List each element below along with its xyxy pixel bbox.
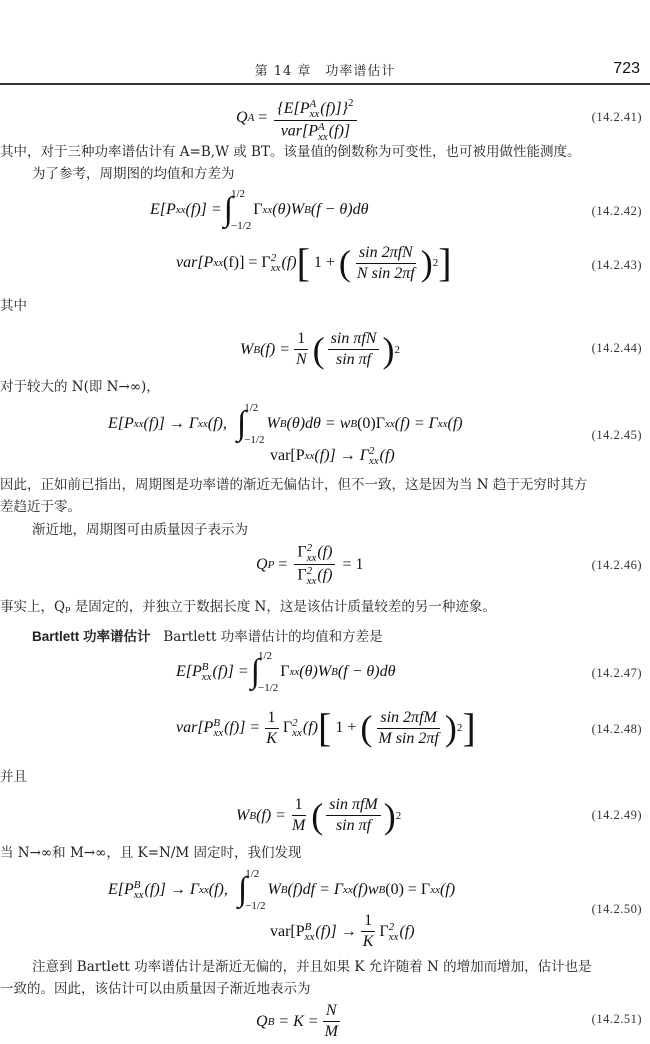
fraction: 1M bbox=[289, 796, 308, 835]
fraction: sin 2πfMM sin 2πf bbox=[375, 709, 441, 748]
equation-number: (14.2.50) bbox=[592, 902, 642, 917]
equation-14-2-47: E[PBxx(f)] = ∫1/2−1/2 Γxx(θ)WB(f − θ)dθ bbox=[176, 650, 395, 694]
paragraph: 因此，正如前已指出，周期图是功率谱的渐近无偏估计，但不一致，这是因为当 N 趋于… bbox=[0, 474, 648, 496]
paragraph: 差趋近于零。 bbox=[0, 496, 648, 518]
equation-number: (14.2.46) bbox=[592, 558, 642, 573]
fraction: {E[PAxx(f)]}2 var[PAxx(f)] bbox=[274, 94, 356, 142]
section-heading-bartlett: Bartlett 功率谱估计 bbox=[32, 629, 151, 644]
paragraph: 注意到 Bartlett 功率谱估计是渐近无偏的，并且如果 K 允许随着 N 的… bbox=[0, 956, 648, 978]
equation-number: (14.2.41) bbox=[592, 110, 642, 125]
integral-sign: ∫1/2−1/2 bbox=[251, 650, 279, 694]
integral-sign: ∫1/2−1/2 bbox=[224, 188, 252, 232]
fraction: 1K bbox=[360, 912, 377, 951]
equation-number: (14.2.43) bbox=[592, 258, 642, 273]
paragraph: 其中 bbox=[0, 295, 648, 317]
equation-number: (14.2.44) bbox=[592, 341, 642, 356]
equation-14-2-50-line-1: E[PBxx(f)] → Γxx(f), ∫1/2−1/2 WB(f)df = … bbox=[108, 868, 455, 912]
equation-number: (14.2.42) bbox=[592, 204, 642, 219]
equation-14-2-41: QA = {E[PAxx(f)]}2 var[PAxx(f)] bbox=[236, 94, 360, 142]
fraction: NM bbox=[322, 1002, 341, 1041]
fraction: sin 2πfNN sin 2πf bbox=[354, 244, 418, 283]
equation-14-2-43: var[Pxx(f)] = Γ2xx(f) [ 1 + ( sin 2πfNN … bbox=[176, 243, 452, 283]
paragraph: 一致的。因此，该估计可以由质量因子渐近地表示为 bbox=[0, 978, 648, 1000]
fraction: 1N bbox=[293, 330, 310, 369]
running-header-chapter-title: 第 14 章 功率谱估计 bbox=[0, 60, 650, 79]
header-rule bbox=[0, 83, 650, 85]
equation-14-2-46: QP = Γ2xx(f) Γ2xx(f) = 1 bbox=[256, 543, 363, 586]
fraction: 1K bbox=[263, 709, 280, 748]
paragraph: 并且 bbox=[0, 766, 648, 788]
paragraph: 对于较大的 N(即 N→∞)， bbox=[0, 376, 648, 398]
equation-14-2-48: var[PBxx(f)] = 1KΓ2xx(f) [ 1 + ( sin 2πf… bbox=[176, 708, 476, 748]
paragraph: 其中，对于三种功率谱估计有 A=B,W 或 BT。该量值的倒数称为可变性，也可被… bbox=[0, 141, 648, 163]
paragraph: Bartlett 功率谱估计 Bartlett 功率谱估计的均值和方差是 bbox=[32, 626, 650, 648]
equation-14-2-44: WB(f) = 1N (sin πfNsin πf)2 bbox=[240, 330, 400, 369]
paragraph: 当 N→∞和 M→∞，且 K=N/M 固定时，我们发现 bbox=[0, 842, 648, 864]
equation-14-2-45-line-2: var[Pxx(f)] → Γ2xx(f) bbox=[270, 446, 395, 466]
equation-14-2-45-line-1: E[Pxx(f)] → Γxx(f), ∫1/2−1/2 WB(θ)dθ = w… bbox=[108, 402, 463, 446]
integral-sign: ∫1/2−1/2 bbox=[238, 868, 266, 912]
equation-number: (14.2.49) bbox=[592, 808, 642, 823]
equation-number: (14.2.51) bbox=[592, 1012, 642, 1027]
equation-14-2-42: E[Pxx(f)] = ∫1/2−1/2 Γxx(θ)WB(f − θ)dθ bbox=[150, 188, 368, 232]
equation-number: (14.2.48) bbox=[592, 722, 642, 737]
equation-number: (14.2.47) bbox=[592, 666, 642, 681]
equation-14-2-51: QB = K = NM bbox=[256, 1002, 344, 1041]
fraction: Γ2xx(f) Γ2xx(f) bbox=[294, 543, 335, 586]
paragraph: 渐近地，周期图可由质量因子表示为 bbox=[0, 519, 648, 541]
fraction: sin πfNsin πf bbox=[328, 330, 380, 369]
integral-sign: ∫1/2−1/2 bbox=[237, 402, 265, 446]
page-number: 723 bbox=[613, 60, 640, 78]
equation-number: (14.2.45) bbox=[592, 428, 642, 443]
paragraph: 为了参考，周期图的均值和方差为 bbox=[0, 163, 648, 185]
fraction: sin πfMsin πf bbox=[326, 796, 380, 835]
equation-14-2-49: WB(f) = 1M (sin πfMsin πf)2 bbox=[236, 796, 401, 835]
paragraph: 事实上，Qₚ 是固定的，并独立于数据长度 N，这是该估计质量较差的另一种迹象。 bbox=[0, 596, 648, 618]
equation-14-2-50-line-2: var[PBxx(f)] → 1KΓ2xx(f) bbox=[270, 912, 415, 951]
